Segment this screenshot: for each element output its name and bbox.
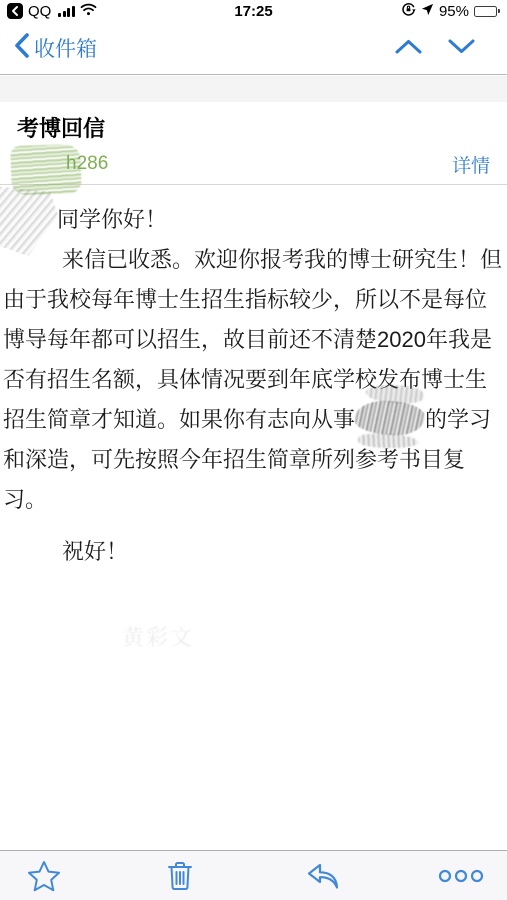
- battery-percent: 95%: [439, 3, 469, 20]
- back-to-app-label[interactable]: QQ: [28, 3, 51, 20]
- previous-message-button[interactable]: [393, 37, 424, 59]
- next-message-button[interactable]: [446, 37, 477, 59]
- status-bar: QQ 17:25: [0, 0, 507, 22]
- greeting-line: 同学你好！: [3, 200, 504, 240]
- cellular-signal-icon: [58, 5, 75, 17]
- back-button-label: 收件箱: [34, 33, 97, 63]
- sender-scribble-icon: [10, 144, 82, 195]
- wifi-icon: [80, 3, 97, 20]
- reply-button[interactable]: [306, 862, 340, 890]
- body-text-before: 来信已收悉。欢迎你报考我的博士研究生！但由于我校每年博士生招生指标较少，所以不是…: [3, 247, 502, 432]
- back-chevron-icon: [14, 33, 29, 64]
- mail-body: 同学你好！ 来信已收悉。欢迎你报考我的博士研究生！但由于我校每年博士生招生指标较…: [0, 184, 507, 658]
- iphone-screen: QQ 17:25: [0, 0, 507, 900]
- delete-button[interactable]: [167, 861, 193, 891]
- location-arrow-icon: [421, 3, 434, 20]
- header-gap-strip: [0, 76, 507, 102]
- redaction-scribble-icon: [354, 400, 425, 436]
- closing-text: 祝好！: [3, 532, 504, 572]
- mail-subject: 考博回信: [0, 102, 507, 142]
- more-button[interactable]: [438, 869, 484, 883]
- back-button[interactable]: 收件箱: [14, 33, 97, 64]
- more-circles-icon: [438, 871, 484, 886]
- reply-arrow-icon: [306, 878, 340, 893]
- trash-icon: [167, 879, 193, 894]
- nav-bar: 收件箱: [0, 22, 507, 75]
- faint-signature: 黄彩文: [122, 618, 504, 658]
- bottom-toolbar: [0, 850, 507, 900]
- chevron-up-icon: [395, 42, 422, 57]
- battery-icon: [474, 6, 500, 17]
- body-paragraph: 来信已收悉。欢迎你报考我的博士研究生！但由于我校每年博士生招生指标较少，所以不是…: [3, 240, 504, 520]
- status-time: 17:25: [234, 3, 272, 20]
- back-to-app-icon[interactable]: [7, 3, 23, 19]
- greeting-text: 同学你好！: [57, 207, 167, 232]
- chevron-down-icon: [448, 42, 475, 57]
- orientation-lock-icon: [401, 2, 416, 21]
- star-icon: [27, 880, 61, 895]
- details-link[interactable]: 详情: [452, 151, 490, 178]
- flag-button[interactable]: [27, 860, 61, 892]
